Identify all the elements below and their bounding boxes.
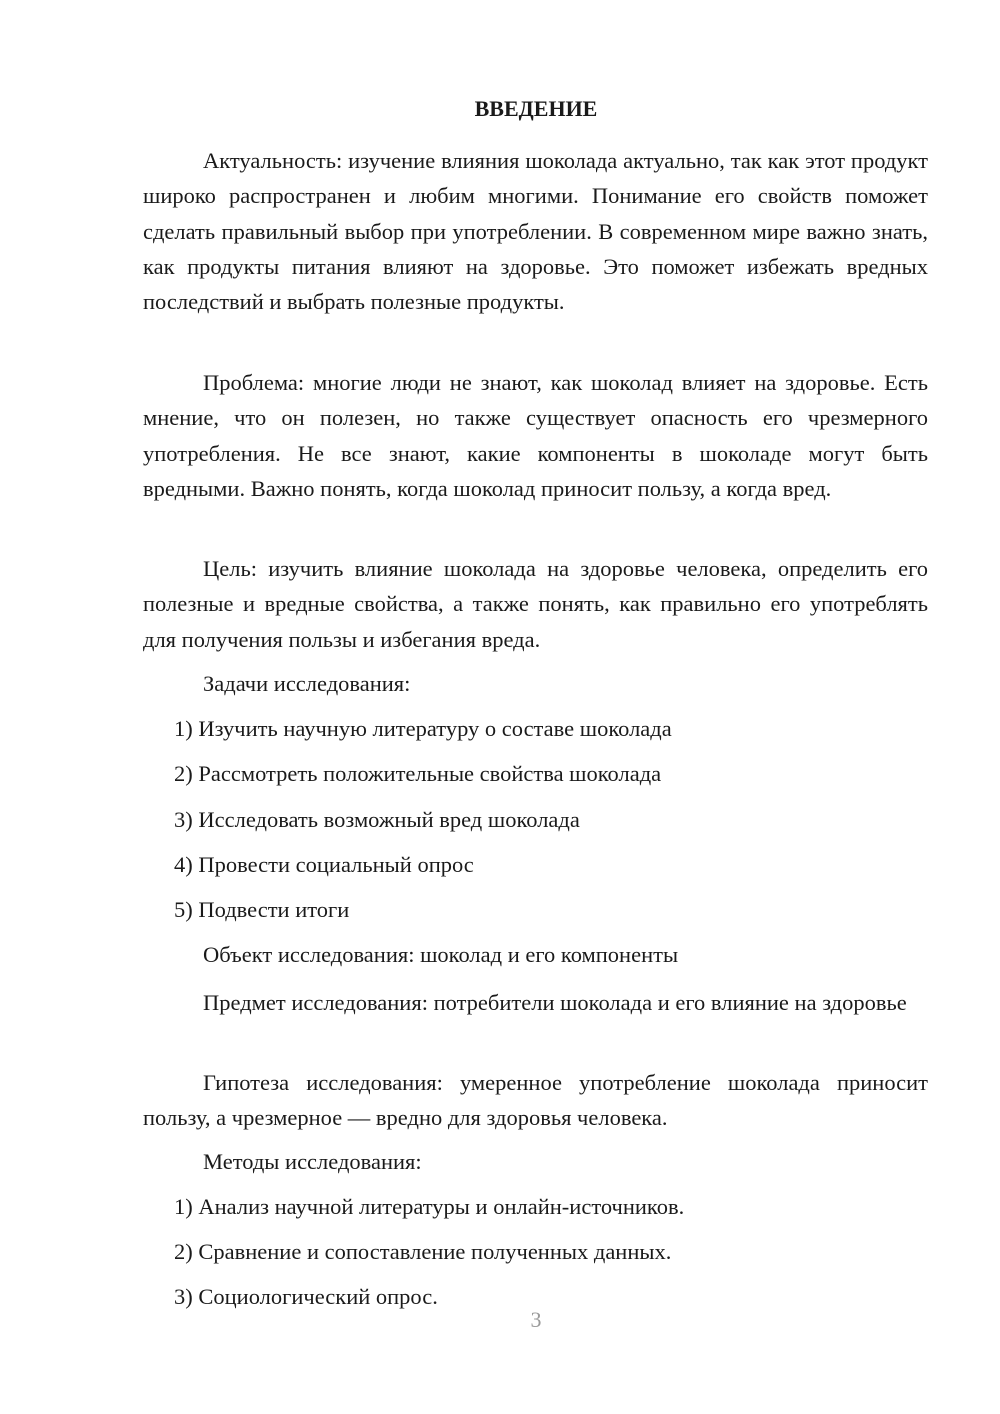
task-item: 4) Провести социальный опрос [174,852,474,878]
tasks-heading: Задачи исследования: [203,671,410,697]
methods-heading: Методы исследования: [203,1149,422,1175]
method-item: 2) Сравнение и сопоставление полученных … [174,1239,671,1265]
object-line: Объект исследования: шоколад и его компо… [203,942,678,968]
section-title: ВВЕДЕНИЕ [0,96,1000,122]
task-item: 1) Изучить научную литературу о составе … [174,716,672,742]
method-item: 1) Анализ научной литературы и онлайн-ис… [174,1194,684,1220]
subject-paragraph: Предмет исследования: потребители шокола… [143,985,928,1020]
task-item: 5) Подвести итоги [174,897,349,923]
task-item: 2) Рассмотреть положительные свойства шо… [174,761,661,787]
hypothesis-paragraph: Гипотеза исследования: умеренное употреб… [143,1065,928,1136]
page-number: 3 [0,1307,1000,1333]
problem-paragraph: Проблема: многие люди не знают, как шоко… [143,365,928,506]
task-item: 3) Исследовать возможный вред шоколада [174,807,580,833]
document-page: ВВЕДЕНИЕ Актуальность: изучение влияния … [0,0,1000,1414]
relevance-paragraph: Актуальность: изучение влияния шоколада … [143,143,928,319]
goal-paragraph: Цель: изучить влияние шоколада на здоров… [143,551,928,657]
